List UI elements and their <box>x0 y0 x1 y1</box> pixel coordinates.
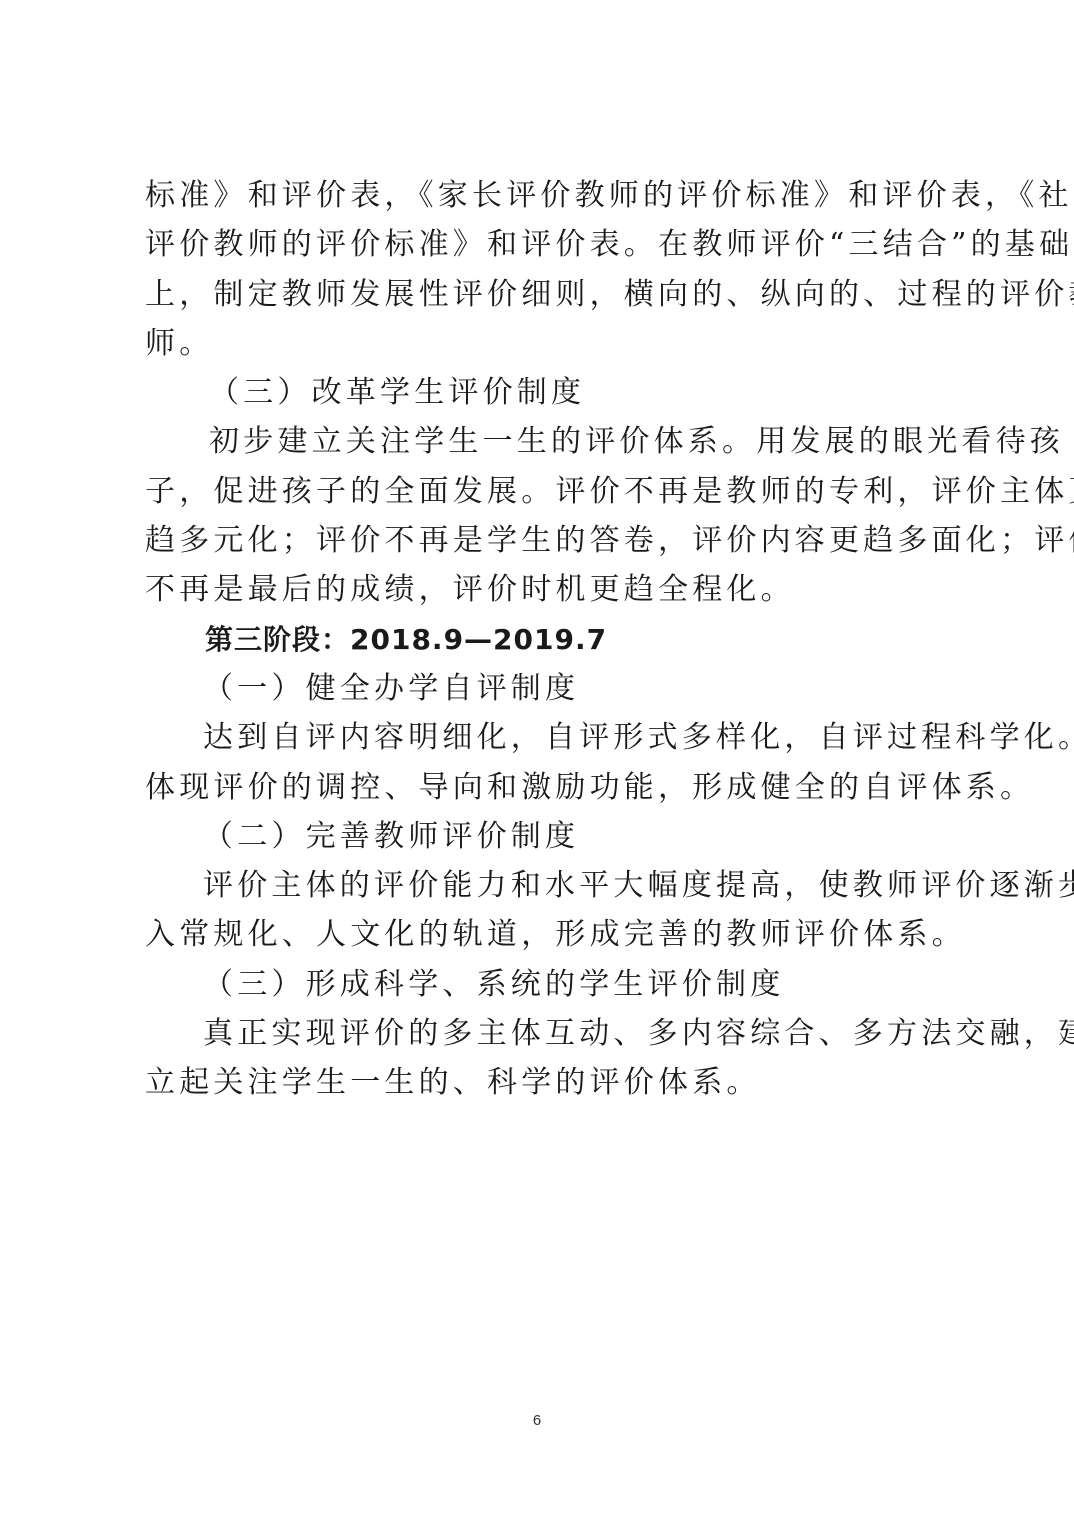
text-line: 标准》和评价表，《家长评价教师的评价标准》和评价表，《社区 <box>145 171 945 220</box>
text-line: 立起关注学生一生的、科学的评价体系。 <box>145 1058 945 1107</box>
text-line: 体现评价的调控、导向和激励功能，形成健全的自评体系。 <box>145 763 945 812</box>
stage3-item3-body: 真正实现评价的多主体互动、多内容综合、多方法交融，建 立起关注学生一生的、科学的… <box>145 1009 945 1108</box>
text-line: 上，制定教师发展性评价细则，横向的、纵向的、过程的评价教 <box>145 270 945 319</box>
stage3-item3-heading: （三）形成科学、系统的学生评价制度 <box>145 960 945 1009</box>
text-line: 初步建立关注学生一生的评价体系。用发展的眼光看待孩 <box>145 417 945 466</box>
text-line: 真正实现评价的多主体互动、多内容综合、多方法交融，建 <box>145 1009 945 1058</box>
text-line: 入常规化、人文化的轨道，形成完善的教师评价体系。 <box>145 910 945 959</box>
text-line: 师。 <box>145 319 945 368</box>
continued-paragraph: 标准》和评价表，《家长评价教师的评价标准》和评价表，《社区 评价教师的评价标准》… <box>145 171 945 368</box>
text-line: 评价教师的评价标准》和评价表。在教师评价“三结合”的基础 <box>145 220 945 269</box>
text-line: 趋多元化；评价不再是学生的答卷，评价内容更趋多面化；评价 <box>145 516 945 565</box>
section-body-stage2-item3: 初步建立关注学生一生的评价体系。用发展的眼光看待孩 子，促进孩子的全面发展。评价… <box>145 417 945 614</box>
document-page: 标准》和评价表，《家长评价教师的评价标准》和评价表，《社区 评价教师的评价标准》… <box>145 171 945 1108</box>
stage3-item2-body: 评价主体的评价能力和水平大幅度提高，使教师评价逐渐步 入常规化、人文化的轨道，形… <box>145 861 945 960</box>
text-line: 达到自评内容明细化，自评形式多样化，自评过程科学化。 <box>145 713 945 762</box>
page-number: 6 <box>0 1412 1074 1429</box>
text-line: 子，促进孩子的全面发展。评价不再是教师的专利，评价主体更 <box>145 467 945 516</box>
stage3-item1-body: 达到自评内容明细化，自评形式多样化，自评过程科学化。 体现评价的调控、导向和激励… <box>145 713 945 812</box>
stage3-item2-heading: （二）完善教师评价制度 <box>145 812 945 861</box>
stage3-heading: 第三阶段：2018.9—2019.7 <box>145 615 945 664</box>
stage3-item1-heading: （一）健全办学自评制度 <box>145 664 945 713</box>
text-line: 不再是最后的成绩，评价时机更趋全程化。 <box>145 565 945 614</box>
text-line: 评价主体的评价能力和水平大幅度提高，使教师评价逐渐步 <box>145 861 945 910</box>
section-heading-stage2-item3: （三）改革学生评价制度 <box>145 368 945 417</box>
